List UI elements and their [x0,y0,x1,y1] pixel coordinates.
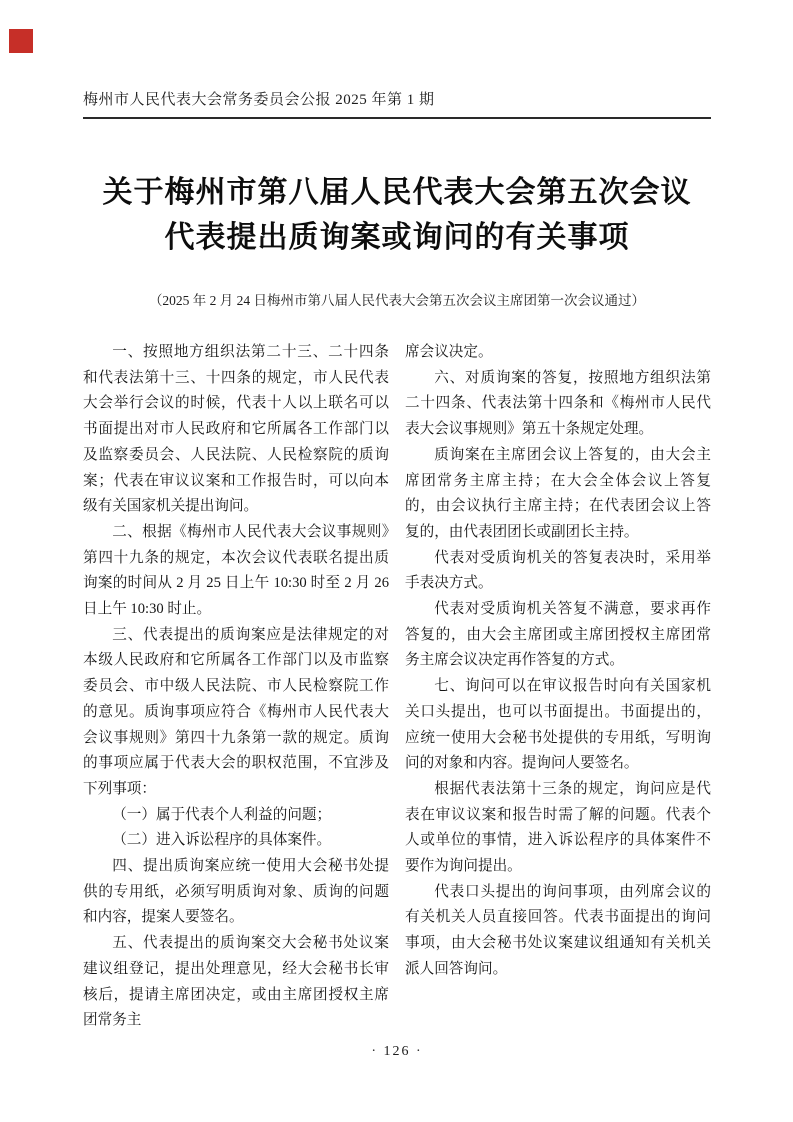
paragraph-continuation: 席会议决定。 [405,340,711,366]
paragraph: 代表对受质询机关的答复表决时，采用举手表决方式。 [405,546,711,597]
paragraph: 二、根据《梅州市人民代表大会议事规则》第四十九条的规定，本次会议代表联名提出质询… [83,520,389,623]
right-column: 席会议决定。 六、对质询案的答复，按照地方组织法第二十四条、代表法第十四条和《梅… [405,340,711,1034]
adoption-note: （2025 年 2 月 24 日梅州市第八届人民代表大会第五次会议主席团第一次会… [83,289,711,309]
paragraph: 四、提出质询案应统一使用大会秘书处提供的专用纸，必须写明质询对象、质询的问题和内… [83,854,389,931]
red-corner-mark [9,29,33,53]
paragraph: 六、对质询案的答复，按照地方组织法第二十四条、代表法第十四条和《梅州市人民代表大… [405,366,711,443]
paragraph: 三、代表提出的质询案应是法律规定的对本级人民政府和它所属各工作部门以及市监察委员… [83,623,389,803]
list-item: （一）属于代表个人利益的问题； [83,803,389,829]
header-rule [83,117,711,119]
left-column: 一、按照地方组织法第二十三、二十四条和代表法第十三、十四条的规定，市人民代表大会… [83,340,389,1034]
list-item: （二）进入诉讼程序的具体案件。 [83,828,389,854]
paragraph: 七、询问可以在审议报告时向有关国家机关口头提出，也可以书面提出。书面提出的，应统… [405,674,711,777]
body-columns: 一、按照地方组织法第二十三、二十四条和代表法第十三、十四条的规定，市人民代表大会… [83,340,711,1034]
document-title: 关于梅州市第八届人民代表大会第五次会议 代表提出质询案或询问的有关事项 [83,170,711,260]
paragraph: 一、按照地方组织法第二十三、二十四条和代表法第十三、十四条的规定，市人民代表大会… [83,340,389,520]
paragraph: 五、代表提出的质询案交大会秘书处议案建议组登记，提出处理意见，经大会秘书长审核后… [83,931,389,1034]
document-title-line1: 关于梅州市第八届人民代表大会第五次会议 [83,170,711,215]
paragraph: 代表口头提出的询问事项，由列席会议的有关机关人员直接回答。代表书面提出的询问事项… [405,880,711,983]
page-number: · 126 · [83,1044,711,1060]
document-title-line2: 代表提出质询案或询问的有关事项 [83,215,711,260]
document-page: 梅州市人民代表大会常务委员会公报 2025 年第 1 期 关于梅州市第八届人民代… [0,0,793,1122]
running-head: 梅州市人民代表大会常务委员会公报 2025 年第 1 期 [83,88,711,109]
paragraph: 根据代表法第十三条的规定，询问应是代表在审议议案和报告时需了解的问题。代表个人或… [405,777,711,880]
paragraph: 代表对受质询机关答复不满意，要求再作答复的，由大会主席团或主席团授权主席团常务主… [405,597,711,674]
paragraph: 质询案在主席团会议上答复的，由大会主席团常务主席主持；在大会全体会议上答复的，由… [405,443,711,546]
